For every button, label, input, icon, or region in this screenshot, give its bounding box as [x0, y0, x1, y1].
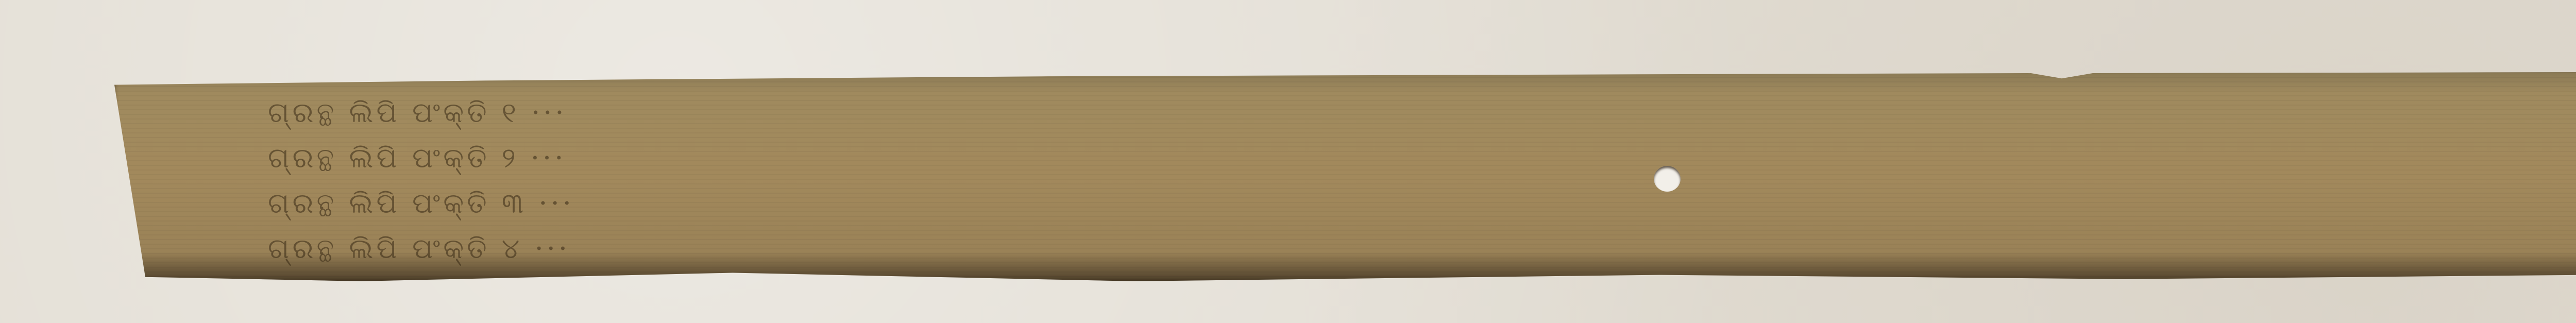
text-line-1: ଗ୍ରନ୍ଥ ଲିପି ପଂକ୍ତି ୧ ··· — [268, 90, 2576, 135]
manuscript-text: ଗ୍ରନ୍ଥ ଲିପି ପଂକ୍ତି ୧ ··· ଗ୍ରନ୍ଥ ଲିପି ପଂକ… — [268, 90, 2576, 271]
text-line-4: ଗ୍ରନ୍ଥ ଲିପି ପଂକ୍ତି ୪ ··· — [268, 226, 2576, 271]
text-line-3: ଗ୍ରନ୍ଥ ଲିପି ପଂକ୍ତି ୩ ··· — [268, 181, 2576, 226]
string-hole — [1654, 166, 1681, 192]
text-line-2: ଗ୍ରନ୍ଥ ଲିପି ପଂକ୍ତି ୨ ··· — [268, 135, 2576, 181]
